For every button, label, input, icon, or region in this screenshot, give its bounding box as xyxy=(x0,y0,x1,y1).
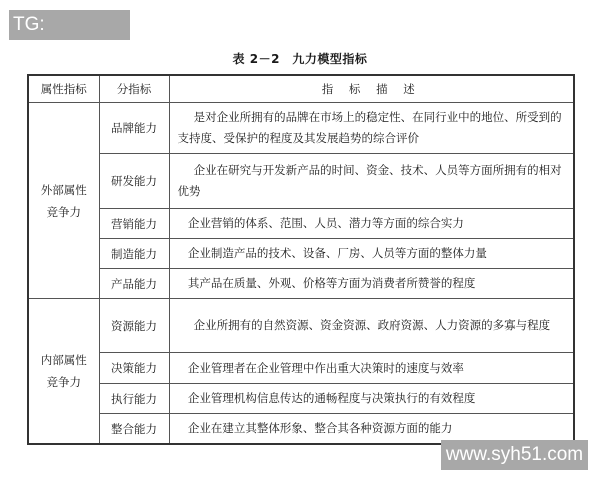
description: 企业管理机构信息传达的通畅程度与决策执行的有效程度 xyxy=(169,384,574,414)
header-sub-indicator: 分指标 xyxy=(99,75,169,103)
group-label-line1: 外部属性 xyxy=(29,179,99,201)
description: 是对企业所拥有的品牌在市场上的稳定性、在同行业中的地位、所受到的支持度、受保护的… xyxy=(169,103,574,154)
sub-indicator: 制造能力 xyxy=(99,239,169,269)
table-row: 执行能力 企业管理机构信息传达的通畅程度与决策执行的有效程度 xyxy=(28,384,574,414)
sub-indicator: 研发能力 xyxy=(99,154,169,209)
header-row: 属性指标 分指标 指 标 描 述 xyxy=(28,75,574,103)
description: 企业在研究与开发新产品的时间、资金、技术、人员等方面所拥有的相对优势 xyxy=(169,154,574,209)
group-label-line2: 竞争力 xyxy=(29,201,99,223)
watermark-bottom: www.syh51.com xyxy=(441,440,588,470)
sub-indicator: 执行能力 xyxy=(99,384,169,414)
description: 企业营销的体系、范围、人员、潜力等方面的综合实力 xyxy=(169,209,574,239)
description: 企业管理者在企业管理中作出重大决策时的速度与效率 xyxy=(169,353,574,384)
description: 企业制造产品的技术、设备、厂房、人员等方面的整体力量 xyxy=(169,239,574,269)
group-external: 外部属性 竞争力 xyxy=(28,103,99,299)
nine-forces-table: 属性指标 分指标 指 标 描 述 外部属性 竞争力 品牌能力 是对企业所拥有的品… xyxy=(27,74,575,445)
table-row: 产品能力 其产品在质量、外观、价格等方面为消费者所赞誉的程度 xyxy=(28,269,574,299)
group-internal: 内部属性 竞争力 xyxy=(28,299,99,445)
header-description: 指 标 描 述 xyxy=(169,75,574,103)
table-row: 内部属性 竞争力 资源能力 企业所拥有的自然资源、资金资源、政府资源、人力资源的… xyxy=(28,299,574,353)
sub-indicator: 决策能力 xyxy=(99,353,169,384)
header-attribute: 属性指标 xyxy=(28,75,99,103)
sub-indicator: 营销能力 xyxy=(99,209,169,239)
table-row: 外部属性 竞争力 品牌能力 是对企业所拥有的品牌在市场上的稳定性、在同行业中的地… xyxy=(28,103,574,154)
sub-indicator: 资源能力 xyxy=(99,299,169,353)
table-caption: 表 2－2 九力模型指标 xyxy=(0,50,600,67)
description: 其产品在质量、外观、价格等方面为消费者所赞誉的程度 xyxy=(169,269,574,299)
group-label-line2: 竞争力 xyxy=(29,371,99,393)
group-label-line1: 内部属性 xyxy=(29,349,99,371)
table-row: 决策能力 企业管理者在企业管理中作出重大决策时的速度与效率 xyxy=(28,353,574,384)
sub-indicator: 整合能力 xyxy=(99,414,169,445)
sub-indicator: 产品能力 xyxy=(99,269,169,299)
table-row: 营销能力 企业营销的体系、范围、人员、潜力等方面的综合实力 xyxy=(28,209,574,239)
sub-indicator: 品牌能力 xyxy=(99,103,169,154)
table-row: 制造能力 企业制造产品的技术、设备、厂房、人员等方面的整体力量 xyxy=(28,239,574,269)
description: 企业所拥有的自然资源、资金资源、政府资源、人力资源的多寡与程度 xyxy=(169,299,574,353)
table-row: 研发能力 企业在研究与开发新产品的时间、资金、技术、人员等方面所拥有的相对优势 xyxy=(28,154,574,209)
watermark-top: TG: MYYJJPP xyxy=(9,10,130,40)
